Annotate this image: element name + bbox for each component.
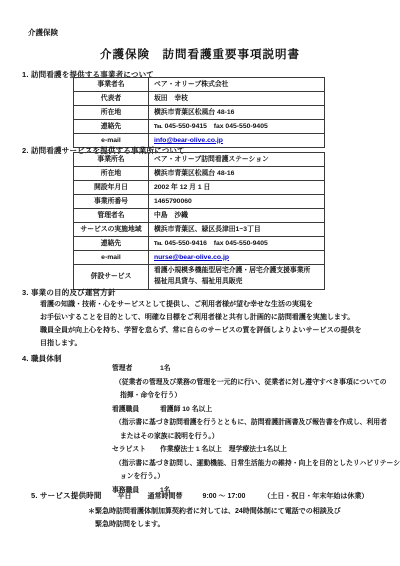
row-value: ベア・オリーブ訪問看護ステーション (149, 153, 325, 167)
provider-table: 事業者名 ベア・オリーブ株式会社 代表者 坂田 幸枝 所在地 横浜市青葉区松風台… (73, 77, 325, 148)
row-value: 中島 沙織 (149, 209, 325, 223)
table-row: 開設年月日 2002 年 12 月 1 日 (74, 181, 325, 195)
row-value: nurse@bear-olive.co.jp (149, 251, 325, 265)
row-value: ベア・オリーブ株式会社 (149, 78, 325, 92)
section4-heading: 4. 職員体制 (22, 353, 62, 364)
section3-heading: 3. 事業の目的及び運営方針 (22, 287, 116, 298)
table-row: 事業所名 ベア・オリーブ訪問看護ステーション (74, 153, 325, 167)
row-value: 横浜市青葉区、緑区長津田1~3丁目 (149, 223, 325, 237)
row-label: 開設年月日 (74, 181, 149, 195)
row-value: 2002 年 12 月 1 日 (149, 181, 325, 195)
table-row: 併設サービス 看護小規模多機能型居宅介護・居宅介護支援事業所 福祉用具貸与、福祉… (74, 265, 325, 290)
row-value: 1465790060 (149, 195, 325, 209)
staff-row-nurse: 看護職員看護師 10 名以上 (112, 403, 388, 417)
table-row: 管理者名 中島 沙織 (74, 209, 325, 223)
purpose-paragraph: 看護の知識・技術・心をサービスとして提供し、ご利用者様が望む幸せな生活の実現を … (40, 298, 380, 350)
staff-role: 看護職員 (112, 403, 160, 417)
row-value: 横浜市青葉区松風台 48-16 (149, 167, 325, 181)
row-label: 事業所名 (74, 153, 149, 167)
purpose-line4: 目指します。 (40, 337, 380, 350)
purpose-line3: 職員全員が向上心を持ち、学習を怠らず、常に自らのサービスの質を評価しよりよいサー… (40, 324, 380, 337)
row-value: 横浜市青葉区松風台 48-16 (149, 106, 325, 120)
table-row: 所在地 横浜市青葉区松風台 48-16 (74, 106, 325, 120)
staff-note: （指示書に基づき訪問し、運動機能、日常生活能力の維持・向上を目的としたリハビリテ… (115, 457, 388, 471)
staff-note: （指示書に基づき訪問看護を行うとともに、訪問看護計画書及び報告書を作成し、利用者 (115, 416, 388, 430)
staff-count: 看護師 10 名以上 (160, 406, 212, 413)
table-row: 連絡先 ℡ 045-550-9416 fax 045-550-9405 (74, 237, 325, 251)
row-label: 所在地 (74, 106, 149, 120)
row-label: 併設サービス (74, 265, 149, 290)
row-label: 事業所番号 (74, 195, 149, 209)
table-row: 代表者 坂田 幸枝 (74, 92, 325, 106)
table-row: 事業所番号 1465790060 (74, 195, 325, 209)
staff-note: またはその家族に説明を行う。） (120, 430, 388, 444)
row-label: サービスの実施地域 (74, 223, 149, 237)
provider-email-link[interactable]: info@bear-olive.co.jp (154, 137, 223, 144)
staff-note: （従業者の管理及び業務の管理を一元的に行い、従業者に対し遵守すべき事項についての (115, 376, 388, 390)
adjacent-service-line1: 看護小規模多機能型居宅介護・居宅介護支援事業所 (154, 266, 324, 277)
service-weekday: 平日 (118, 493, 132, 500)
staff-list: 管理者1名 （従業者の管理及び業務の管理を一元的に行い、従業者に対し遵守すべき事… (112, 362, 388, 497)
section5-heading: 5. サービス提供時間 (31, 491, 102, 500)
row-label: 連絡先 (74, 120, 149, 134)
staff-note: 指揮・命令を行う） (120, 389, 388, 403)
row-label: 所在地 (74, 167, 149, 181)
emergency-note-line2: 緊急時訪問をします。 (95, 519, 164, 529)
row-label: 管理者名 (74, 209, 149, 223)
service-hours: 9:00 ～ 17:00 (203, 493, 246, 500)
staff-count: 1名 (160, 365, 171, 372)
service-closed-note: （土日・祝日・年末年始は休業） (263, 493, 368, 500)
row-label: 連絡先 (74, 237, 149, 251)
table-row: 所在地 横浜市青葉区松風台 48-16 (74, 167, 325, 181)
row-value: 坂田 幸枝 (149, 92, 325, 106)
office-table: 事業所名 ベア・オリーブ訪問看護ステーション 所在地 横浜市青葉区松風台 48-… (73, 152, 325, 290)
corner-label: 介護保険 (28, 27, 58, 38)
row-label: 事業者名 (74, 78, 149, 92)
row-value: ℡ 045-550-9416 fax 045-550-9405 (149, 237, 325, 251)
row-label: 代表者 (74, 92, 149, 106)
service-band-label: 通常時間帯 (148, 493, 183, 500)
staff-role: セラピスト (112, 443, 160, 457)
table-row: e-mail nurse@bear-olive.co.jp (74, 251, 325, 265)
table-row: 事業者名 ベア・オリーブ株式会社 (74, 78, 325, 92)
staff-count: 作業療法士 1 名以上 理学療法士1名以上 (160, 446, 287, 453)
page-title: 介護保険 訪問看護重要事項説明書 (0, 46, 400, 62)
emergency-note-line1: ＊緊急時訪問看護体制加算契約者に対しては、24時間体制にて電話での相談及び (88, 506, 341, 516)
adjacent-service-line2: 福祉用具貸与、福祉用具販売 (154, 277, 324, 288)
purpose-line2: お手伝いすることを目的として、明確な目標をご利用者様と共有し計画的に訪問看護を実… (40, 311, 380, 324)
purpose-line1: 看護の知識・技術・心をサービスとして提供し、ご利用者様が望む幸せな生活の実現を (40, 298, 380, 311)
row-label: e-mail (74, 251, 149, 265)
staff-note: ョンを行う。） (120, 470, 388, 484)
service-hours-line: 5. サービス提供時間平日通常時間帯9:00 ～ 17:00（土日・祝日・年末年… (31, 490, 391, 501)
staff-row-manager: 管理者1名 (112, 362, 388, 376)
staff-role: 管理者 (112, 362, 160, 376)
table-row: サービスの実施地域 横浜市青葉区、緑区長津田1~3丁目 (74, 223, 325, 237)
table-row: 連絡先 ℡ 045-550-9415 fax 045-550-9405 (74, 120, 325, 134)
staff-row-therapist: セラピスト作業療法士 1 名以上 理学療法士1名以上 (112, 443, 388, 457)
document-page: 介護保険 介護保険 訪問看護重要事項説明書 1. 訪問看護を提供する事業者につい… (0, 0, 400, 566)
office-email-link[interactable]: nurse@bear-olive.co.jp (154, 254, 229, 261)
row-value: 看護小規模多機能型居宅介護・居宅介護支援事業所 福祉用具貸与、福祉用具販売 (149, 265, 325, 290)
row-value: ℡ 045-550-9415 fax 045-550-9405 (149, 120, 325, 134)
